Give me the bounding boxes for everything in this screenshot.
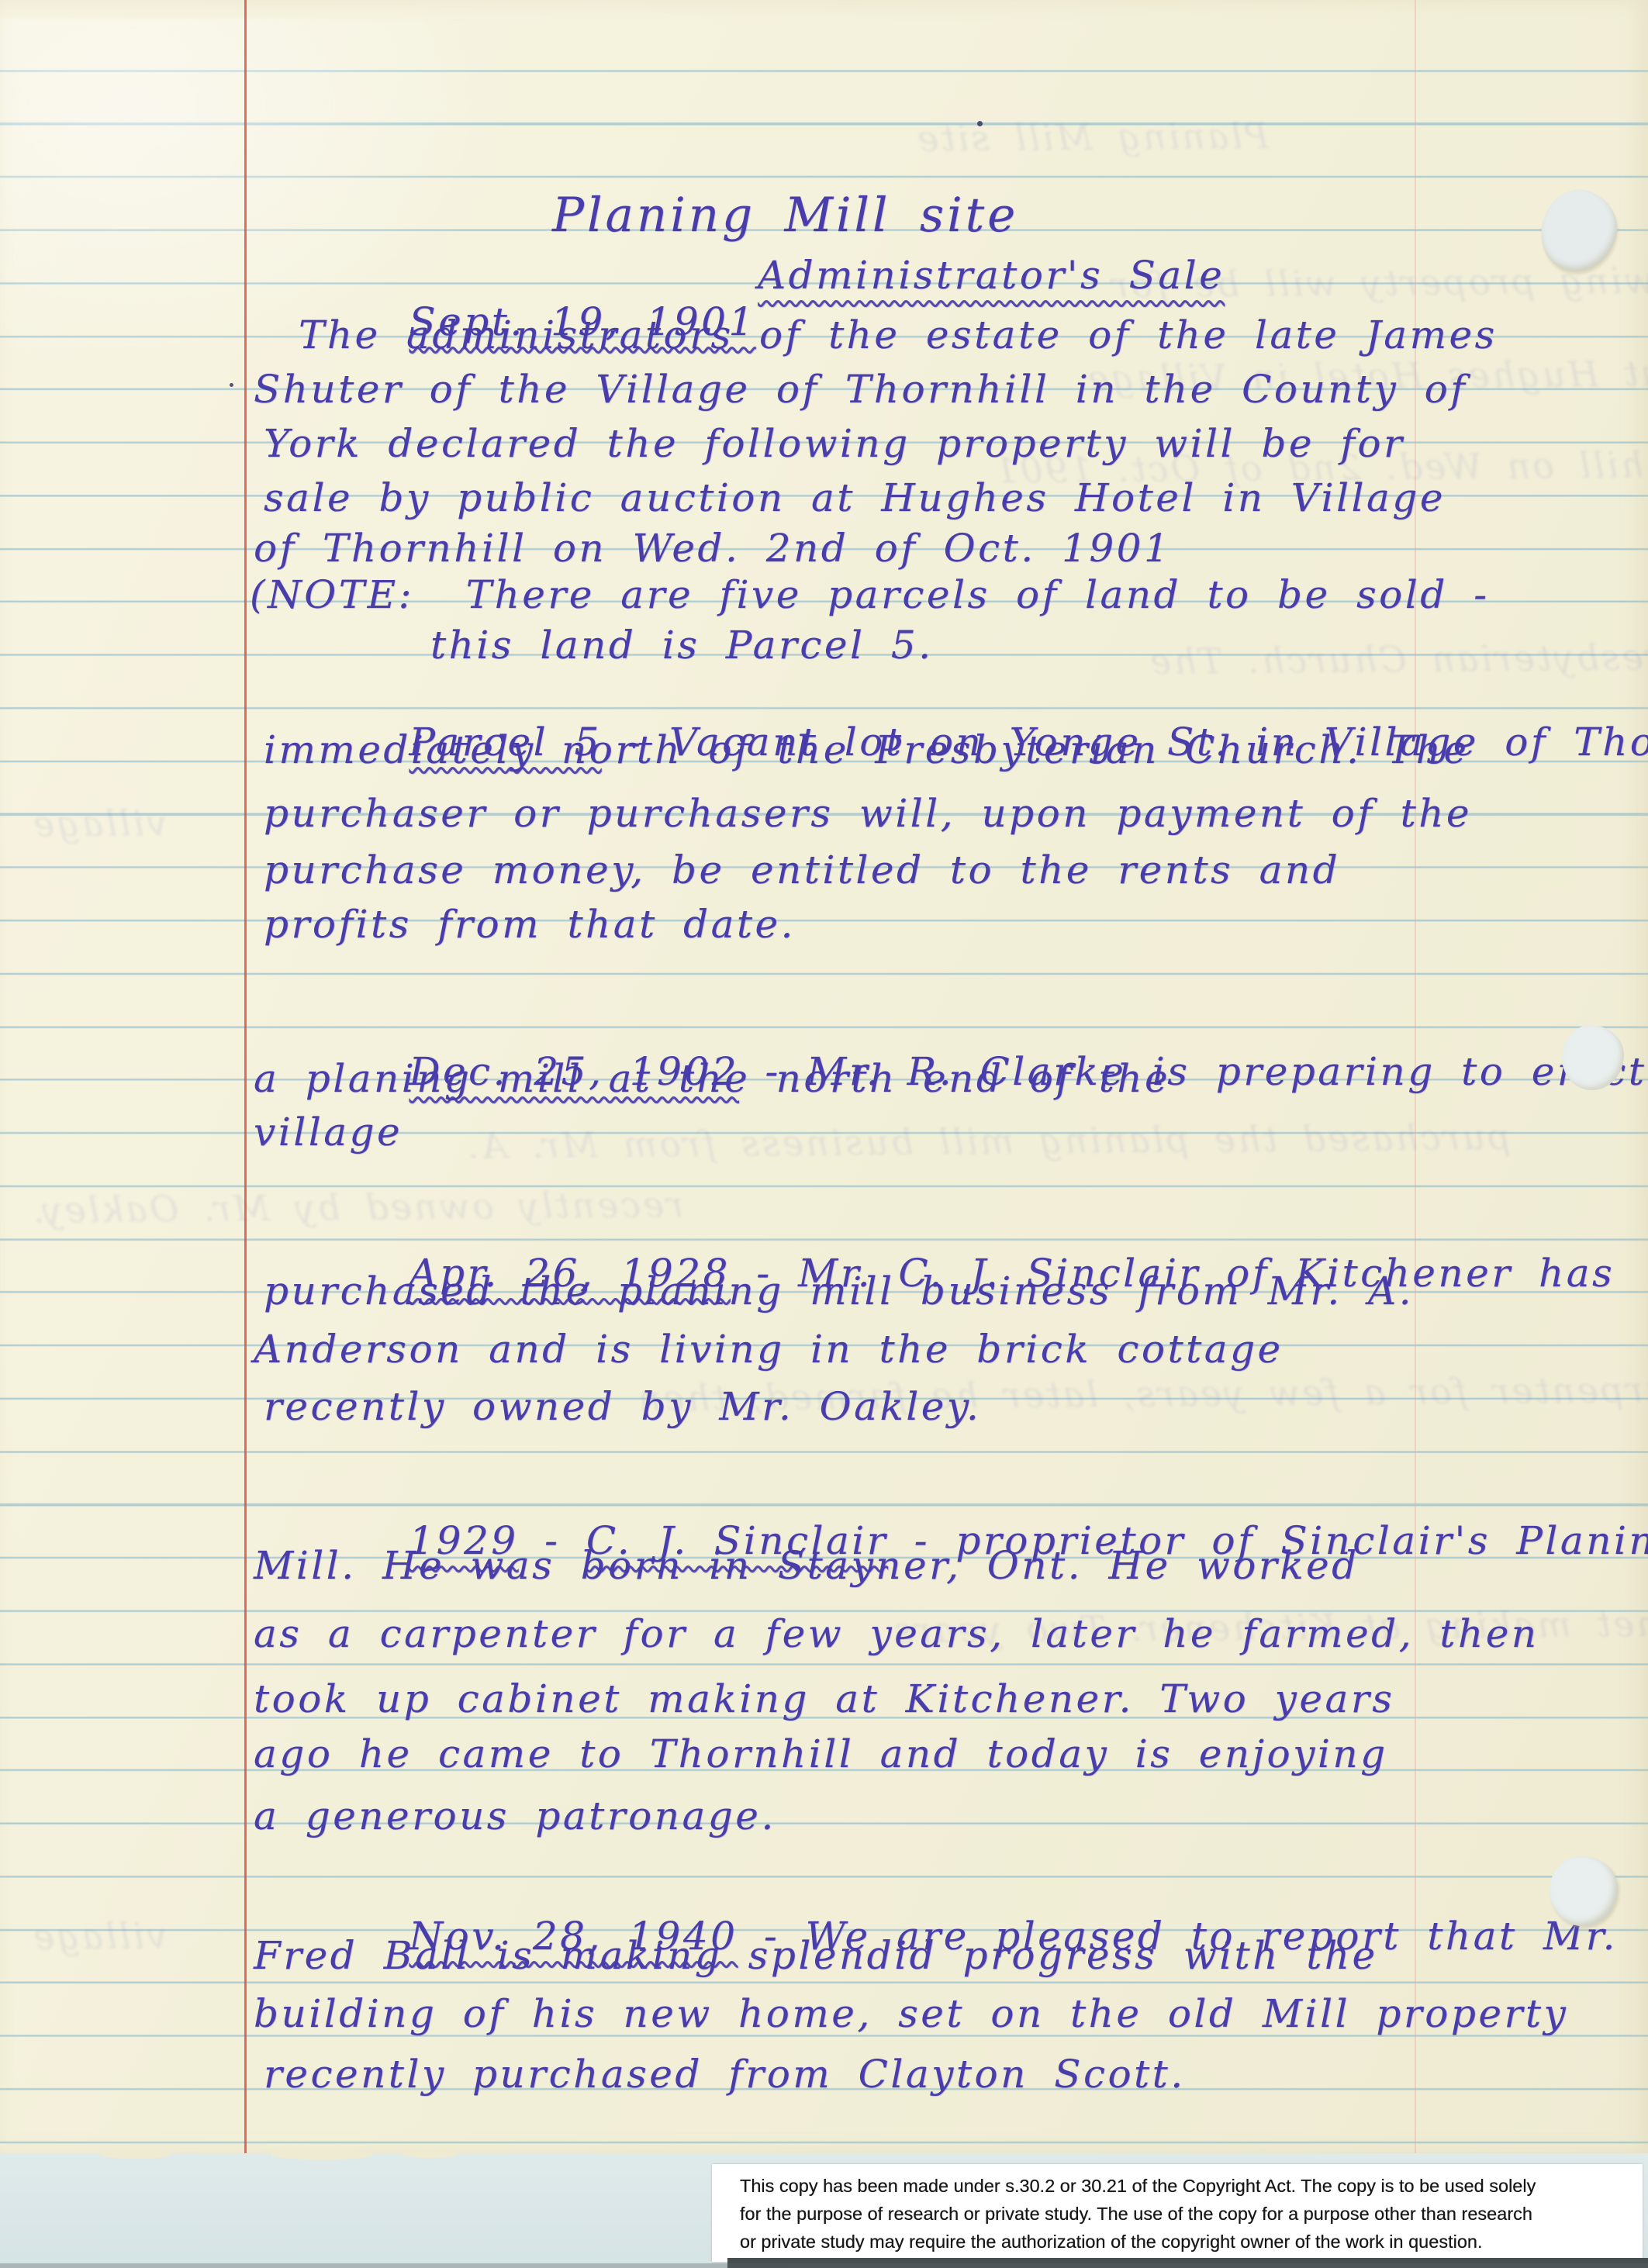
handwritten-line: The administrators of the estate of the … xyxy=(299,312,1498,358)
torn-edge xyxy=(403,2152,458,2158)
handwritten-line: recently owned by Mr. Oakley. xyxy=(264,1383,981,1430)
handwritten-line: (NOTE: There are five parcels of land to… xyxy=(250,571,1490,618)
handwritten-line: purchase money, be entitled to the rents… xyxy=(264,847,1340,893)
handwritten-line: immediately north of the Presbyterian Ch… xyxy=(264,727,1469,773)
handwritten-line: a generous patronage. xyxy=(254,1793,776,1839)
torn-edge xyxy=(101,2152,171,2159)
scan-edge-shadow xyxy=(0,2263,1648,2268)
handwritten-line: purchased the planing mill business from… xyxy=(264,1268,1414,1314)
handwritten-line: took up cabinet making at Kitchener. Two… xyxy=(254,1676,1394,1722)
handwritten-line: Anderson and is living in the brick cott… xyxy=(254,1326,1284,1372)
copyright-text: This copy has been made under s.30.2 or … xyxy=(740,2172,1536,2256)
ink-speck xyxy=(977,121,983,126)
copyright-stamp: This copy has been made under s.30.2 or … xyxy=(712,2164,1643,2262)
torn-edge xyxy=(271,2152,372,2159)
page-title: Planing Mill site xyxy=(552,192,1018,239)
ghost-writing: Planing Mill site xyxy=(915,115,1269,160)
handwritten-line: Mill. He was born in Stayner, Ont. He wo… xyxy=(254,1542,1360,1589)
copyright-line: for the purpose of research or private s… xyxy=(740,2200,1536,2228)
handwritten-line: a planing mill at the north end of the xyxy=(254,1055,1170,1102)
handwritten-line: Shuter of the Village of Thornhill in th… xyxy=(254,366,1467,413)
scanned-notebook-page: Planing Mill site York declared the foll… xyxy=(0,0,1648,2268)
ghost-writing: village xyxy=(31,802,168,845)
copyright-line: or private study may require the authori… xyxy=(740,2228,1536,2256)
ink-speck xyxy=(230,383,233,387)
handwritten-line: as a carpenter for a few years, later he… xyxy=(254,1610,1539,1657)
handwritten-line: this land is Parcel 5. xyxy=(430,622,934,668)
handwritten-line: of Thornhill on Wed. 2nd of Oct. 1901 xyxy=(254,525,1171,571)
handwritten-line: village xyxy=(254,1109,402,1155)
handwritten-line: recently purchased from Clayton Scott. xyxy=(264,2051,1186,2097)
handwritten-line: purchaser or purchasers will, upon payme… xyxy=(264,790,1472,837)
handwritten-line: profits from that date. xyxy=(264,901,796,948)
handwritten-line: 1929 - C. J. Sinclair - proprietor of Si… xyxy=(254,1471,1648,1610)
handwritten-line: Fred Ball is making splendid progress wi… xyxy=(254,1932,1378,1979)
handwritten-line: ago he came to Thornhill and today is en… xyxy=(254,1731,1388,1777)
entry-heading: Administrator's Sale xyxy=(758,252,1225,299)
red-margin-line xyxy=(244,0,247,2153)
handwritten-line: sale by public auction at Hughes Hotel i… xyxy=(264,475,1446,521)
handwritten-line: building of his new home, set on the old… xyxy=(254,1990,1568,2037)
ghost-writing: village xyxy=(31,1914,168,1958)
copyright-line: This copy has been made under s.30.2 or … xyxy=(740,2172,1536,2200)
handwritten-line: York declared the following property wil… xyxy=(264,420,1404,467)
notebook-paper: Planing Mill site York declared the foll… xyxy=(0,0,1648,2153)
